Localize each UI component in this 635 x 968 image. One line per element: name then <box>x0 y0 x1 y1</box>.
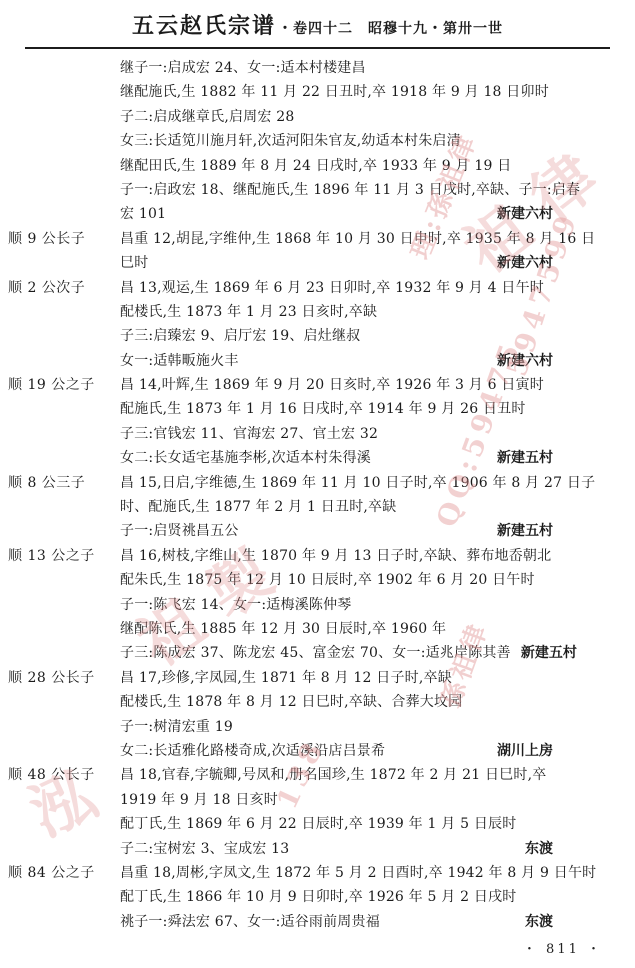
entry-text: 女三:长适笕川施月轩,次适河阳朱官友,幼适本村朱启清 <box>120 129 543 153</box>
entry-line: 子三:官钱宏 11、官海宏 27、官土宏 32 <box>8 422 553 446</box>
entry-line: 巳时新建六村 <box>8 251 553 275</box>
entry-line: 继配陈氏,生 1885 年 12 月 30 日辰时,卒 1960 年 <box>8 617 553 641</box>
entry-line: 顺 19 公之子昌 14,叶辉,生 1869 年 9 月 20 日亥时,卒 19… <box>8 373 553 397</box>
entry-line: 顺 13 公之子昌 16,树枝,字维山,生 1870 年 9 月 13 日子时,… <box>8 544 553 568</box>
entry-line: 配丁氏,生 1869 年 6 月 22 日辰时,卒 1939 年 1 月 5 日… <box>8 812 553 836</box>
entry-text: 昌 17,珍修,字凤园,生 1871 年 8 月 12 日子时,卒缺 <box>120 666 543 690</box>
entry-text: 子一:启政宏 18、继配施氏,生 1896 年 11 月 3 日戌时,卒缺、子一… <box>120 178 580 202</box>
entry-text: 配朱氏,生 1875 年 12 月 10 日辰时,卒 1902 年 6 月 20… <box>120 568 543 592</box>
entry-text: 配楼氏,生 1878 年 8 月 12 日巳时,卒缺、合葬大坟园 <box>120 690 543 714</box>
entry-line: 顺 84 公之子昌重 18,周彬,字凤文,生 1872 年 5 月 2 日酉时,… <box>8 861 553 885</box>
residence-note: 东渡 <box>515 837 553 861</box>
entry-text: 配楼氏,生 1873 年 1 月 23 日亥时,卒缺 <box>120 300 543 324</box>
residence-note: 新建六村 <box>487 202 553 226</box>
entry-line: 子一:启贤祧昌五公新建五村 <box>8 519 553 543</box>
residence-note: 新建六村 <box>487 349 553 373</box>
genealogy-page: 祖 律 理:孫祖律 5947599 QQ:59475 祖 製 138 泓 孫祖律… <box>0 0 635 968</box>
entry-line: 宏 101新建六村 <box>8 202 553 226</box>
entry-text: 女一:适韩畈施火丰 <box>120 349 487 373</box>
entry-text: 时、配施氏,生 1877 年 2 月 1 日丑时,卒缺 <box>120 495 543 519</box>
entry-text: 昌 16,树枝,字维山,生 1870 年 9 月 13 日子时,卒缺、葬布地岙朝… <box>120 544 551 568</box>
generation-label: 顺 19 公之子 <box>8 373 120 397</box>
entry-text: 子一:启贤祧昌五公 <box>120 519 487 543</box>
entry-line: 顺 28 公长子昌 17,珍修,字凤园,生 1871 年 8 月 12 日子时,… <box>8 666 553 690</box>
entry-line: 子一:树清宏重 19 <box>8 715 553 739</box>
generation-label: 顺 2 公次子 <box>8 276 120 300</box>
entry-text: 昌重 12,胡昆,字维仲,生 1868 年 10 月 30 日申时,卒 1935… <box>120 227 595 251</box>
entry-line: 子一:陈飞宏 14、女一:适梅溪陈仲琴 <box>8 593 553 617</box>
generation-label: 顺 13 公之子 <box>8 544 120 568</box>
entry-text: 昌 18,官春,字毓卿,号凤和,册名国珍,生 1872 年 2 月 21 日巳时… <box>120 763 546 787</box>
entry-text: 祧子一:舜法宏 67、女一:适谷雨前周贵福 <box>120 910 515 934</box>
entry-text: 昌 13,观运,生 1869 年 6 月 23 日卯时,卒 1932 年 9 月… <box>120 276 544 300</box>
residence-note: 新建五村 <box>487 519 553 543</box>
entry-text: 继配陈氏,生 1885 年 12 月 30 日辰时,卒 1960 年 <box>120 617 543 641</box>
entry-line: 配丁氏,生 1866 年 10 月 9 日卯时,卒 1926 年 5 月 2 日… <box>8 885 553 909</box>
entry-line: 女三:长适笕川施月轩,次适河阳朱官友,幼适本村朱启清 <box>8 129 553 153</box>
entry-line: 继配施氏,生 1882 年 11 月 22 日丑时,卒 1918 年 9 月 1… <box>8 80 553 104</box>
entry-text: 1919 年 9 月 18 日亥时 <box>120 788 543 812</box>
header-divider <box>25 47 610 49</box>
entry-line: 子一:启政宏 18、继配施氏,生 1896 年 11 月 3 日戌时,卒缺、子一… <box>8 178 553 202</box>
entry-text: 昌 15,日启,字维德,生 1869 年 11 月 10 日子时,卒 1906 … <box>120 471 595 495</box>
entry-line: 配楼氏,生 1873 年 1 月 23 日亥时,卒缺 <box>8 300 553 324</box>
entry-text: 子一:陈飞宏 14、女一:适梅溪陈仲琴 <box>120 593 543 617</box>
entry-line: 顺 9 公长子昌重 12,胡昆,字维仲,生 1868 年 10 月 30 日申时… <box>8 227 553 251</box>
entry-text: 女二:长适雅化路楼奇成,次适溪沿店吕景希 <box>120 739 487 763</box>
entry-line: 顺 48 公长子昌 18,官春,字毓卿,号凤和,册名国珍,生 1872 年 2 … <box>8 763 553 787</box>
entry-line: 女二:长女适宅基施李彬,次适本村朱得溪新建五村 <box>8 446 553 470</box>
entry-text: 昌重 18,周彬,字凤文,生 1872 年 5 月 2 日酉时,卒 1942 年… <box>120 861 596 885</box>
entry-line: 配楼氏,生 1878 年 8 月 12 日巳时,卒缺、合葬大坟园 <box>8 690 553 714</box>
entry-line: 继子一:启成宏 24、女一:适本村楼建昌 <box>8 56 553 80</box>
book-title: 五云赵氏宗谱 <box>132 13 276 39</box>
entry-line: 女一:适韩畈施火丰新建六村 <box>8 349 553 373</box>
residence-note: 新建六村 <box>487 251 553 275</box>
residence-note: 东渡 <box>515 910 553 934</box>
residence-note: 湖川上房 <box>487 739 553 763</box>
entry-line: 配施氏,生 1873 年 1 月 16 日戌时,卒 1914 年 9 月 26 … <box>8 397 553 421</box>
entries-list: 继子一:启成宏 24、女一:适本村楼建昌 继配施氏,生 1882 年 11 月 … <box>8 56 553 934</box>
entry-line: 顺 2 公次子昌 13,观运,生 1869 年 6 月 23 日卯时,卒 193… <box>8 276 553 300</box>
entry-line: 顺 8 公三子昌 15,日启,字维德,生 1869 年 11 月 10 日子时,… <box>8 471 553 495</box>
entry-text: 子三:启臻宏 9、启厅宏 19、启灶继叔 <box>120 324 543 348</box>
entry-text: 子三:陈成宏 37、陈龙宏 45、富金宏 70、女一:适兆岸陈其善 <box>120 641 511 665</box>
entry-text: 子二:启成继章氏,启周宏 28 <box>120 105 543 129</box>
entry-line: 祧子一:舜法宏 67、女一:适谷雨前周贵福东渡 <box>8 910 553 934</box>
entry-line: 子二:宝树宏 3、宝成宏 13东渡 <box>8 837 553 861</box>
entry-text: 继配田氏,生 1889 年 8 月 24 日戌时,卒 1933 年 9 月 19… <box>120 154 543 178</box>
page-number: ・ 811 ・ <box>523 938 603 957</box>
entry-line: 时、配施氏,生 1877 年 2 月 1 日丑时,卒缺 <box>8 495 553 519</box>
entry-text: 子三:官钱宏 11、官海宏 27、官土宏 32 <box>120 422 543 446</box>
generation-label: 顺 84 公之子 <box>8 861 120 885</box>
entry-line: 配朱氏,生 1875 年 12 月 10 日辰时,卒 1902 年 6 月 20… <box>8 568 553 592</box>
entry-text: 继配施氏,生 1882 年 11 月 22 日丑时,卒 1918 年 9 月 1… <box>120 80 549 104</box>
volume-subtitle: ・卷四十二 昭穆十九・第卅一世 <box>278 21 503 37</box>
entry-text: 巳时 <box>120 251 487 275</box>
entry-text: 配施氏,生 1873 年 1 月 16 日戌时,卒 1914 年 9 月 26 … <box>120 397 543 421</box>
entry-text: 女二:长女适宅基施李彬,次适本村朱得溪 <box>120 446 487 470</box>
page-header: 五云赵氏宗谱・卷四十二 昭穆十九・第卅一世 <box>0 0 635 40</box>
entry-text: 子二:宝树宏 3、宝成宏 13 <box>120 837 515 861</box>
entry-text: 昌 14,叶辉,生 1869 年 9 月 20 日亥时,卒 1926 年 3 月… <box>120 373 544 397</box>
residence-note: 新建五村 <box>487 446 553 470</box>
entry-line: 子三:启臻宏 9、启厅宏 19、启灶继叔 <box>8 324 553 348</box>
generation-label: 顺 8 公三子 <box>8 471 120 495</box>
entry-line: 子二:启成继章氏,启周宏 28 <box>8 105 553 129</box>
entry-line: 1919 年 9 月 18 日亥时 <box>8 788 553 812</box>
entry-text: 子一:树清宏重 19 <box>120 715 543 739</box>
entry-text: 配丁氏,生 1869 年 6 月 22 日辰时,卒 1939 年 1 月 5 日… <box>120 812 543 836</box>
entry-line: 女二:长适雅化路楼奇成,次适溪沿店吕景希湖川上房 <box>8 739 553 763</box>
entry-text: 继子一:启成宏 24、女一:适本村楼建昌 <box>120 56 543 80</box>
generation-label: 顺 9 公长子 <box>8 227 120 251</box>
generation-label: 顺 28 公长子 <box>8 666 120 690</box>
entry-line: 子三:陈成宏 37、陈龙宏 45、富金宏 70、女一:适兆岸陈其善新建五村 <box>8 641 553 665</box>
entry-text: 宏 101 <box>120 202 487 226</box>
entry-line: 继配田氏,生 1889 年 8 月 24 日戌时,卒 1933 年 9 月 19… <box>8 154 553 178</box>
generation-label: 顺 48 公长子 <box>8 763 120 787</box>
entry-text: 配丁氏,生 1866 年 10 月 9 日卯时,卒 1926 年 5 月 2 日… <box>120 885 543 909</box>
residence-note: 新建五村 <box>511 641 577 665</box>
